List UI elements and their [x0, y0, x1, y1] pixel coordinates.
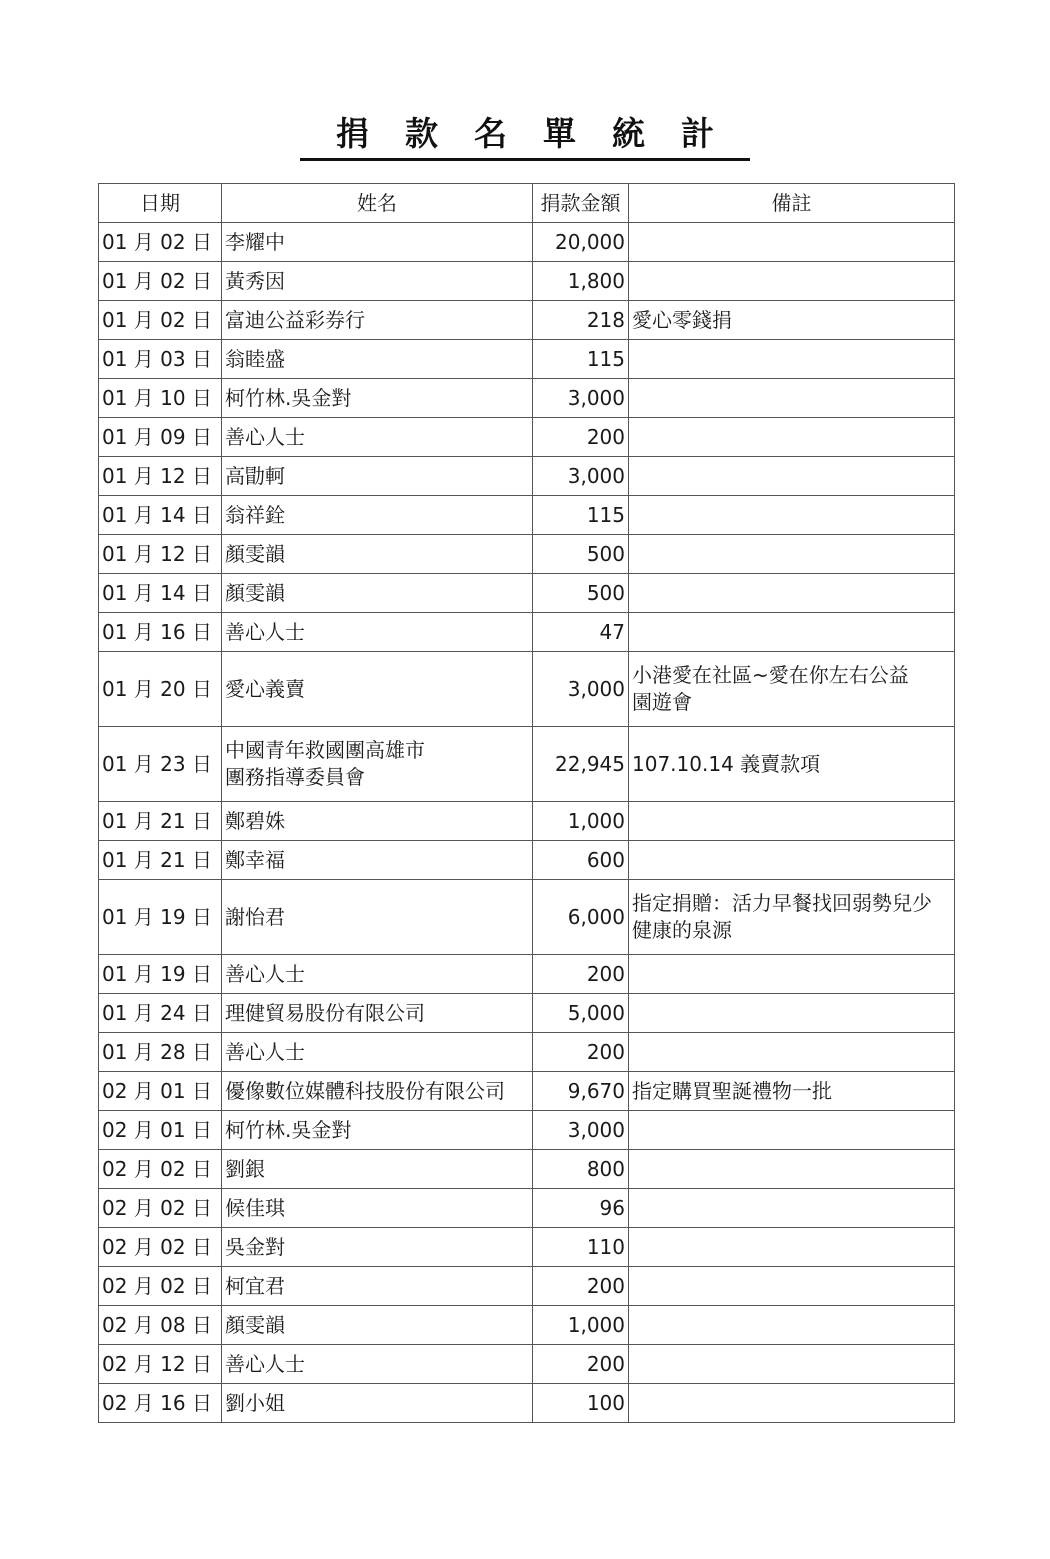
cell-name: 謝怡君	[222, 880, 533, 955]
cell-name: 柯竹林.吳金對	[222, 1111, 533, 1150]
cell-date: 01 月 19 日	[99, 880, 222, 955]
table-row: 02 月 08 日 顏雯韻 1,000	[99, 1306, 955, 1345]
cell-note	[629, 955, 955, 994]
cell-name: 劉小姐	[222, 1384, 533, 1423]
cell-name: 善心人士	[222, 955, 533, 994]
cell-amount: 100	[533, 1384, 629, 1423]
header-note: 備註	[629, 184, 955, 223]
cell-amount: 200	[533, 1267, 629, 1306]
note-line: 健康的泉源	[632, 917, 951, 944]
cell-amount: 3,000	[533, 652, 629, 727]
page-title: 捐款名單統計	[300, 112, 750, 161]
table-row: 02 月 02 日 吳金對 110	[99, 1228, 955, 1267]
cell-note	[629, 1267, 955, 1306]
cell-note	[629, 262, 955, 301]
table-row: 02 月 02 日 候佳琪 96	[99, 1189, 955, 1228]
cell-amount: 500	[533, 574, 629, 613]
table-row: 02 月 12 日 善心人士 200	[99, 1345, 955, 1384]
cell-date: 01 月 09 日	[99, 418, 222, 457]
table-row: 01 月 19 日 謝怡君 6,000 指定捐贈：活力早餐找回弱勢兒少 健康的泉…	[99, 880, 955, 955]
cell-name: 善心人士	[222, 613, 533, 652]
cell-name: 顏雯韻	[222, 1306, 533, 1345]
cell-amount: 3,000	[533, 1111, 629, 1150]
cell-note: 指定購買聖誕禮物一批	[629, 1072, 955, 1111]
cell-note	[629, 418, 955, 457]
cell-amount: 1,000	[533, 1306, 629, 1345]
table-row: 01 月 20 日 愛心義賣 3,000 小港愛在社區~愛在你左右公益 園遊會	[99, 652, 955, 727]
cell-amount: 200	[533, 1345, 629, 1384]
cell-date: 02 月 02 日	[99, 1267, 222, 1306]
cell-amount: 800	[533, 1150, 629, 1189]
cell-date: 01 月 02 日	[99, 262, 222, 301]
cell-amount: 96	[533, 1189, 629, 1228]
cell-date: 02 月 02 日	[99, 1150, 222, 1189]
cell-name: 翁祥銓	[222, 496, 533, 535]
table-row: 01 月 23 日 中國青年救國團高雄市 團務指導委員會 22,945 107.…	[99, 727, 955, 802]
cell-amount: 6,000	[533, 880, 629, 955]
cell-date: 02 月 08 日	[99, 1306, 222, 1345]
cell-note	[629, 1306, 955, 1345]
cell-date: 02 月 01 日	[99, 1072, 222, 1111]
table-row: 01 月 16 日 善心人士 47	[99, 613, 955, 652]
cell-name: 顏雯韻	[222, 574, 533, 613]
cell-name: 理健貿易股份有限公司	[222, 994, 533, 1033]
cell-note: 小港愛在社區~愛在你左右公益 園遊會	[629, 652, 955, 727]
cell-date: 02 月 12 日	[99, 1345, 222, 1384]
cell-name: 高勖軻	[222, 457, 533, 496]
title-container: 捐款名單統計	[0, 112, 1050, 161]
name-line: 團務指導委員會	[225, 764, 529, 791]
cell-date: 01 月 16 日	[99, 613, 222, 652]
cell-date: 01 月 20 日	[99, 652, 222, 727]
table-row: 01 月 12 日 顏雯韻 500	[99, 535, 955, 574]
cell-amount: 218	[533, 301, 629, 340]
cell-date: 01 月 02 日	[99, 301, 222, 340]
cell-amount: 500	[533, 535, 629, 574]
table-body: 01 月 02 日 李耀中 20,000 01 月 02 日 黃秀因 1,800…	[99, 223, 955, 1423]
cell-name: 愛心義賣	[222, 652, 533, 727]
header-date: 日期	[99, 184, 222, 223]
cell-name: 柯竹林.吳金對	[222, 379, 533, 418]
cell-name: 善心人士	[222, 1033, 533, 1072]
cell-date: 01 月 21 日	[99, 841, 222, 880]
cell-note	[629, 379, 955, 418]
cell-note	[629, 1033, 955, 1072]
cell-amount: 115	[533, 340, 629, 379]
table-row: 01 月 21 日 鄭幸福 600	[99, 841, 955, 880]
cell-date: 01 月 14 日	[99, 574, 222, 613]
cell-name: 鄭幸福	[222, 841, 533, 880]
cell-amount: 3,000	[533, 379, 629, 418]
cell-note	[629, 496, 955, 535]
table-row: 01 月 14 日 顏雯韻 500	[99, 574, 955, 613]
table-row: 01 月 19 日 善心人士 200	[99, 955, 955, 994]
cell-name: 鄭碧姝	[222, 802, 533, 841]
cell-name: 優像數位媒體科技股份有限公司	[222, 1072, 533, 1111]
cell-note	[629, 1384, 955, 1423]
name-line: 中國青年救國團高雄市	[225, 737, 529, 764]
table-row: 01 月 10 日 柯竹林.吳金對 3,000	[99, 379, 955, 418]
cell-name: 柯宜君	[222, 1267, 533, 1306]
cell-name: 善心人士	[222, 418, 533, 457]
cell-amount: 200	[533, 955, 629, 994]
cell-name: 候佳琪	[222, 1189, 533, 1228]
cell-note	[629, 340, 955, 379]
cell-note	[629, 841, 955, 880]
cell-note	[629, 1189, 955, 1228]
note-line: 指定捐贈：活力早餐找回弱勢兒少	[632, 890, 951, 917]
cell-note	[629, 223, 955, 262]
cell-note	[629, 1345, 955, 1384]
cell-note	[629, 613, 955, 652]
table-row: 01 月 02 日 富迪公益彩券行 218 愛心零錢捐	[99, 301, 955, 340]
cell-note: 107.10.14 義賣款項	[629, 727, 955, 802]
cell-amount: 1,000	[533, 802, 629, 841]
cell-amount: 115	[533, 496, 629, 535]
cell-date: 01 月 23 日	[99, 727, 222, 802]
table-row: 01 月 02 日 李耀中 20,000	[99, 223, 955, 262]
cell-date: 01 月 24 日	[99, 994, 222, 1033]
cell-amount: 600	[533, 841, 629, 880]
cell-note	[629, 535, 955, 574]
cell-date: 01 月 21 日	[99, 802, 222, 841]
header-name: 姓名	[222, 184, 533, 223]
header-amount: 捐款金額	[533, 184, 629, 223]
note-line: 小港愛在社區~愛在你左右公益	[632, 662, 951, 689]
cell-date: 02 月 02 日	[99, 1228, 222, 1267]
table-row: 01 月 12 日 高勖軻 3,000	[99, 457, 955, 496]
cell-date: 01 月 12 日	[99, 457, 222, 496]
cell-name: 顏雯韻	[222, 535, 533, 574]
cell-note	[629, 802, 955, 841]
cell-amount: 200	[533, 418, 629, 457]
cell-date: 01 月 28 日	[99, 1033, 222, 1072]
table-row: 01 月 28 日 善心人士 200	[99, 1033, 955, 1072]
table-row: 02 月 16 日 劉小姐 100	[99, 1384, 955, 1423]
cell-date: 02 月 01 日	[99, 1111, 222, 1150]
cell-name: 中國青年救國團高雄市 團務指導委員會	[222, 727, 533, 802]
table-row: 01 月 02 日 黃秀因 1,800	[99, 262, 955, 301]
cell-date: 01 月 10 日	[99, 379, 222, 418]
cell-name: 善心人士	[222, 1345, 533, 1384]
cell-date: 02 月 16 日	[99, 1384, 222, 1423]
cell-note	[629, 1228, 955, 1267]
cell-amount: 200	[533, 1033, 629, 1072]
cell-amount: 5,000	[533, 994, 629, 1033]
table-row: 01 月 24 日 理健貿易股份有限公司 5,000	[99, 994, 955, 1033]
cell-amount: 20,000	[533, 223, 629, 262]
cell-note	[629, 1111, 955, 1150]
cell-name: 翁睦盛	[222, 340, 533, 379]
cell-date: 02 月 02 日	[99, 1189, 222, 1228]
cell-name: 李耀中	[222, 223, 533, 262]
table-row: 01 月 03 日 翁睦盛 115	[99, 340, 955, 379]
cell-name: 吳金對	[222, 1228, 533, 1267]
table-row: 02 月 02 日 劉銀 800	[99, 1150, 955, 1189]
cell-amount: 110	[533, 1228, 629, 1267]
cell-date: 01 月 03 日	[99, 340, 222, 379]
cell-name: 富迪公益彩券行	[222, 301, 533, 340]
cell-date: 01 月 19 日	[99, 955, 222, 994]
table-row: 01 月 14 日 翁祥銓 115	[99, 496, 955, 535]
cell-date: 01 月 02 日	[99, 223, 222, 262]
cell-amount: 1,800	[533, 262, 629, 301]
cell-name: 劉銀	[222, 1150, 533, 1189]
cell-amount: 47	[533, 613, 629, 652]
cell-note	[629, 1150, 955, 1189]
cell-name: 黃秀因	[222, 262, 533, 301]
note-line: 園遊會	[632, 689, 951, 716]
table-row: 02 月 02 日 柯宜君 200	[99, 1267, 955, 1306]
cell-note: 愛心零錢捐	[629, 301, 955, 340]
cell-note: 指定捐贈：活力早餐找回弱勢兒少 健康的泉源	[629, 880, 955, 955]
cell-note	[629, 457, 955, 496]
cell-note	[629, 574, 955, 613]
donation-table: 日期 姓名 捐款金額 備註 01 月 02 日 李耀中 20,000 01 月 …	[98, 183, 955, 1423]
table-row: 02 月 01 日 柯竹林.吳金對 3,000	[99, 1111, 955, 1150]
cell-date: 01 月 14 日	[99, 496, 222, 535]
cell-amount: 9,670	[533, 1072, 629, 1111]
table-header-row: 日期 姓名 捐款金額 備註	[99, 184, 955, 223]
table-row: 02 月 01 日 優像數位媒體科技股份有限公司 9,670 指定購買聖誕禮物一…	[99, 1072, 955, 1111]
table-row: 01 月 09 日 善心人士 200	[99, 418, 955, 457]
cell-note	[629, 994, 955, 1033]
cell-amount: 3,000	[533, 457, 629, 496]
table-row: 01 月 21 日 鄭碧姝 1,000	[99, 802, 955, 841]
cell-amount: 22,945	[533, 727, 629, 802]
cell-date: 01 月 12 日	[99, 535, 222, 574]
